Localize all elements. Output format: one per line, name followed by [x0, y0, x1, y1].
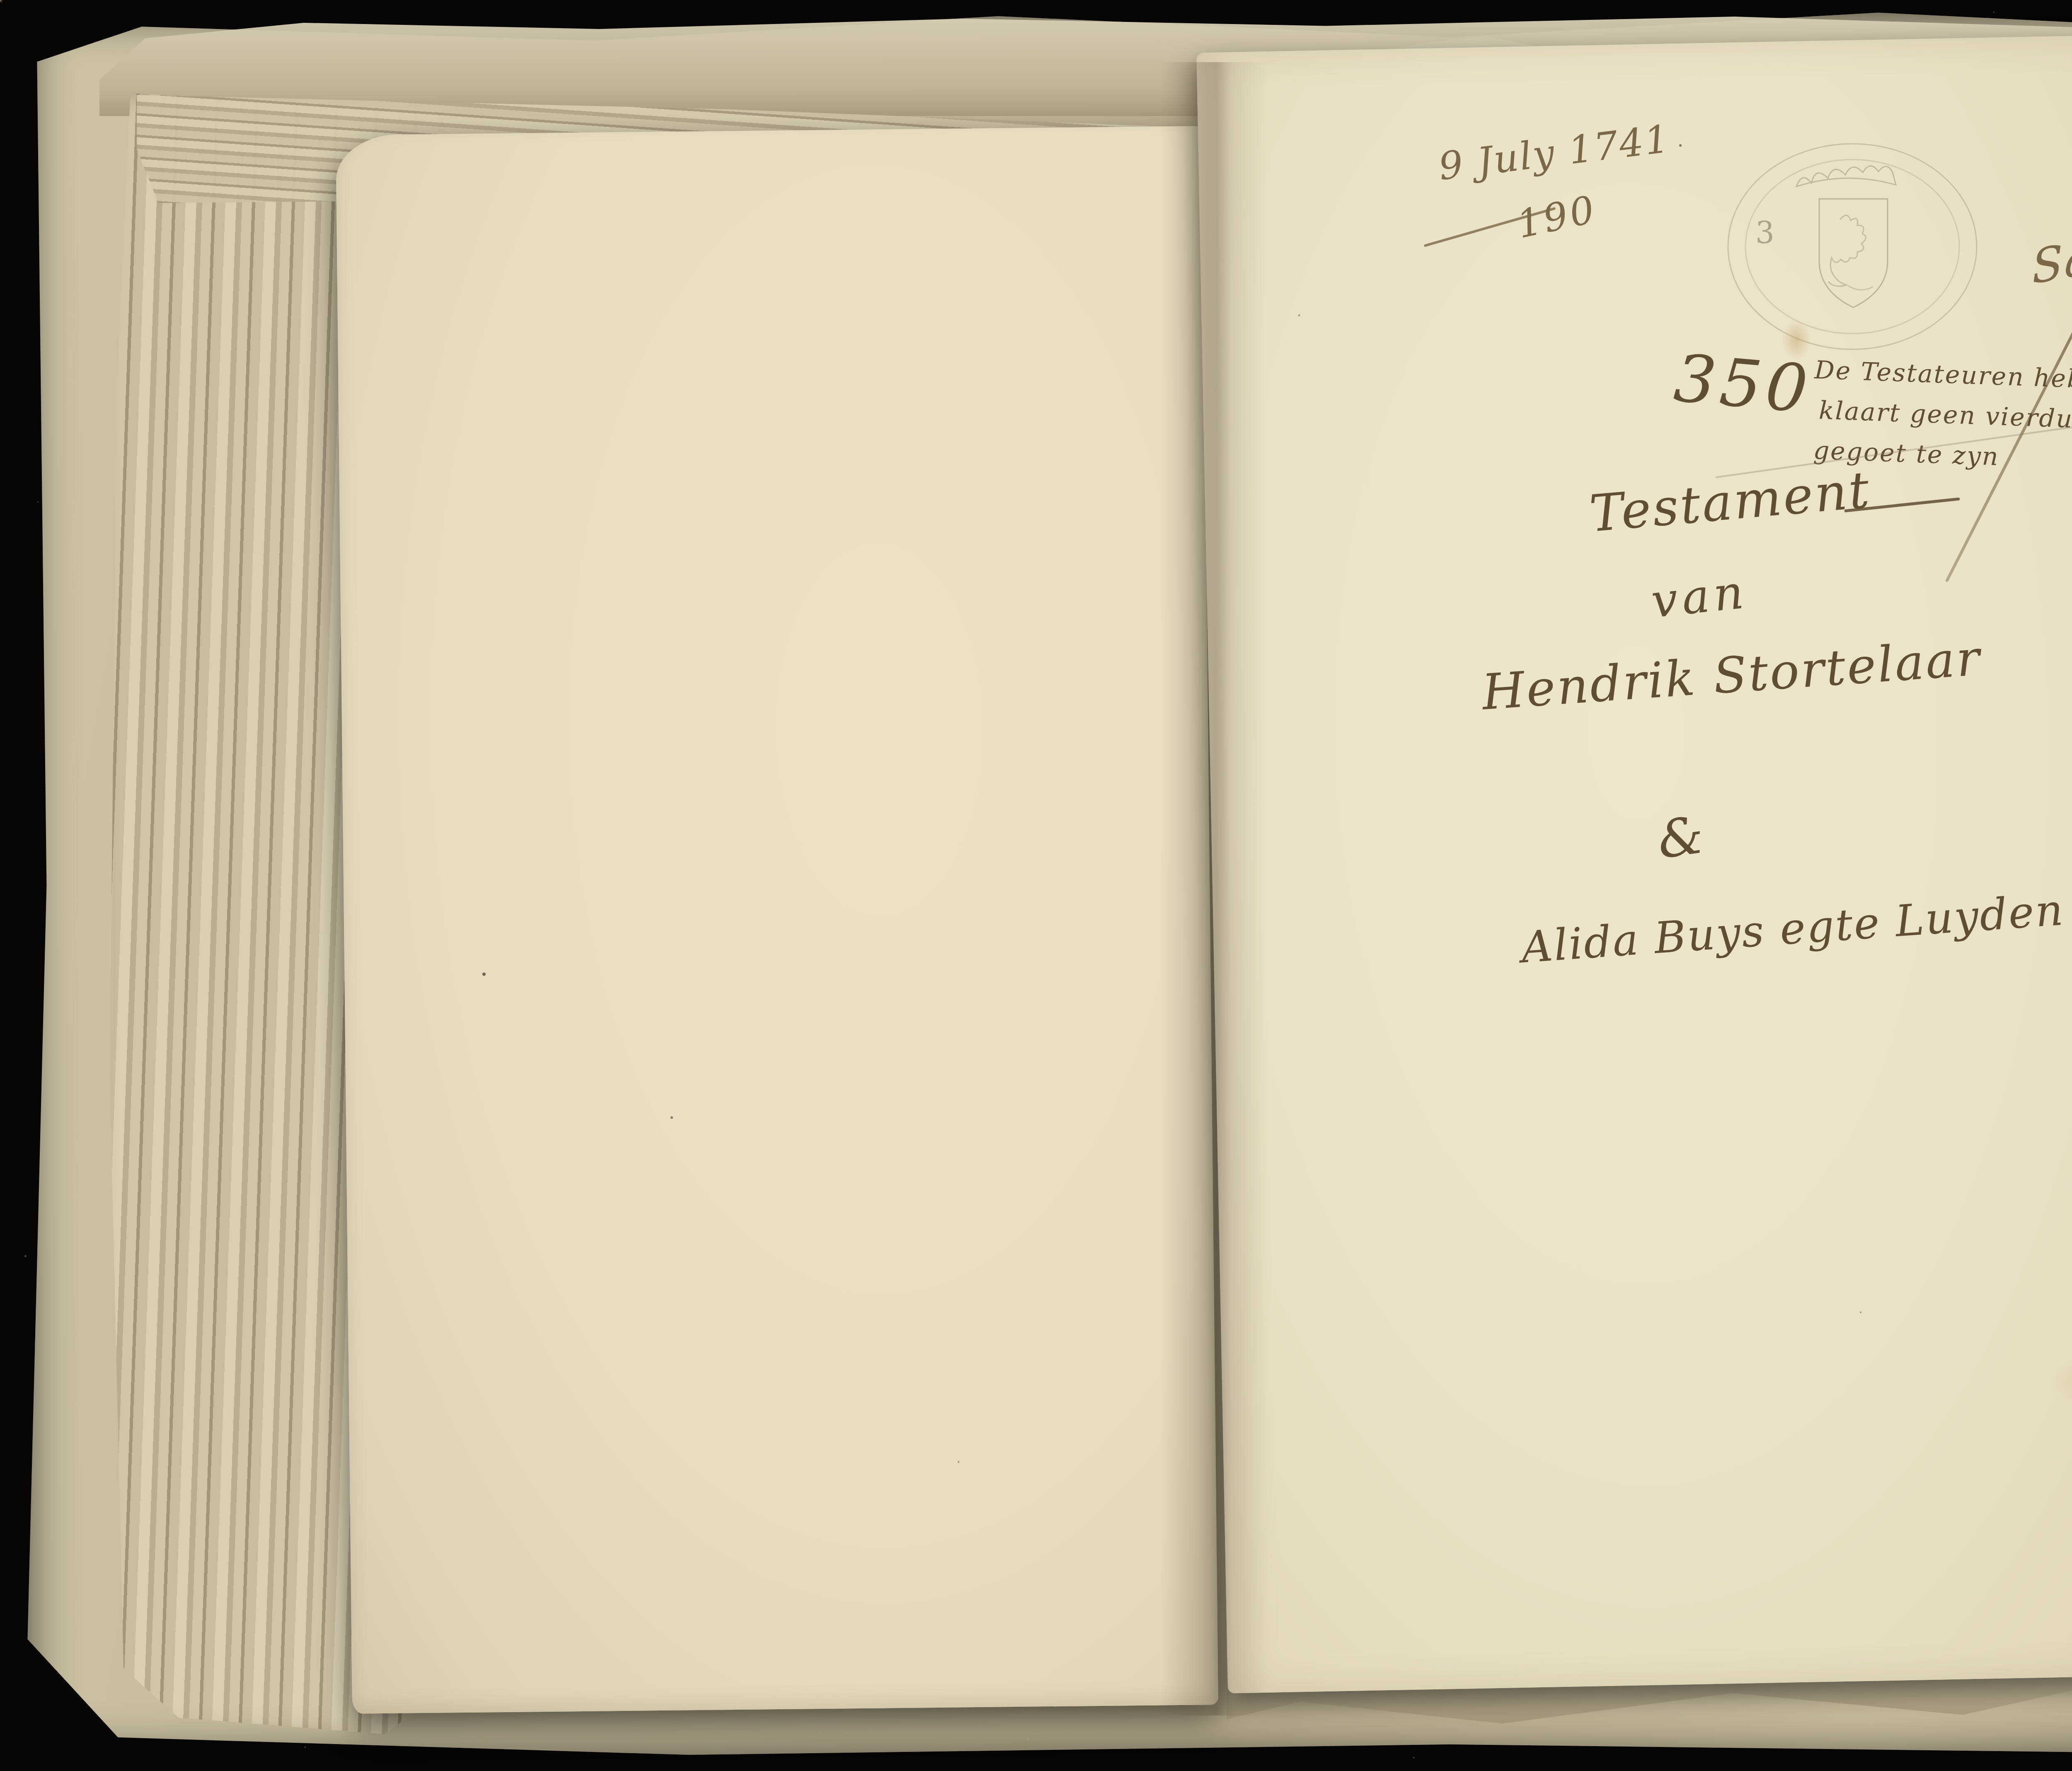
archival-photo: 1648 3 9 July 1741 190 Sautijn 350 De Te… — [0, 0, 2072, 1771]
seal-digit: 3 — [1755, 215, 1774, 250]
ampersand: & — [1654, 805, 1707, 871]
embossed-tax-stamp-seal: 3 — [1716, 124, 1989, 356]
testament-van: van — [1649, 565, 1750, 629]
book-gutter — [1160, 62, 1268, 1715]
left-page-blank — [336, 126, 1218, 1714]
act-number: 350 — [1671, 340, 1815, 428]
dust-specks — [0, 0, 1, 1]
